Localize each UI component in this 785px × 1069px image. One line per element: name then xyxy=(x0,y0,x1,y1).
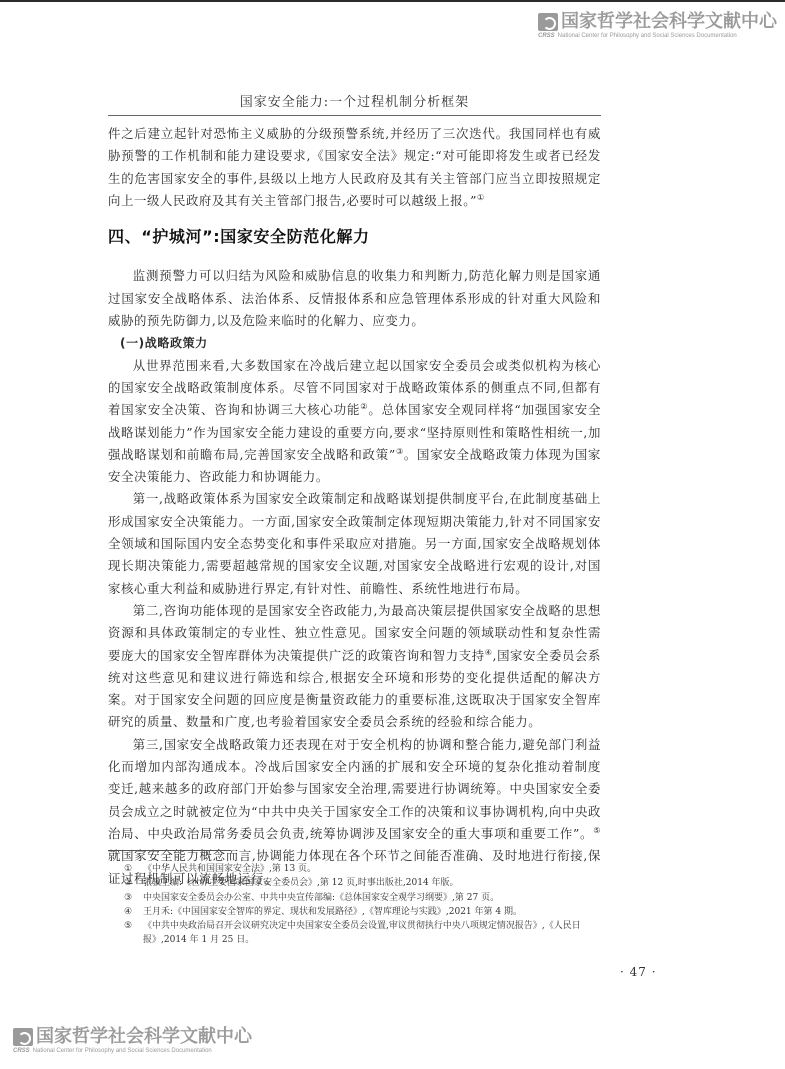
footnote-ref[interactable]: ① xyxy=(477,193,485,202)
footnote-text: 《中共中央政治局召开会议研究决定中央国家安全委员会设置,审议贯彻执行中央八项规定… xyxy=(143,919,624,948)
footnote: ②张骥主编:《世界主要国家国家安全委员会》,第 12 页,时事出版社,2014 … xyxy=(124,876,624,890)
paragraph: 件之后建立起针对恐怖主义威胁的分级预警系统,并经历了三次迭代。我国同样也有威胁预… xyxy=(108,123,601,212)
watermark-logo-bottom: 国家哲学社会科学文献中心 CRSSNational Center for Phi… xyxy=(13,1027,252,1054)
subsection-title: (一)战略政策力 xyxy=(108,332,601,354)
paragraph: 从世界范围来看,大多数国家在冷战后建立起以国家安全委员会或类似机构为核心的国家安… xyxy=(108,355,601,489)
footnote-number: ③ xyxy=(124,891,143,905)
ncpssd-logo-icon xyxy=(538,13,558,31)
paragraph: 第一,战略政策体系为国家安全政策制定和战略谋划提供制度平台,在此制度基础上形成国… xyxy=(108,488,601,599)
paragraph: 第二,咨询功能体现的是国家安全咨政能力,为最高决策层提供国家安全战略的思想资源和… xyxy=(108,600,601,734)
watermark-en-prefix: CRSS xyxy=(538,33,555,39)
footnote-ref[interactable]: ⑤ xyxy=(593,826,601,835)
top-border xyxy=(0,0,785,2)
watermark-en: National Center for Philosophy and Socia… xyxy=(558,33,737,39)
footnote-text: 张骥主编:《世界主要国家国家安全委员会》,第 12 页,时事出版社,2014 年… xyxy=(143,876,624,890)
paragraph: 监测预警力可以归结为风险和威胁信息的收集力和判断力,防范化解力则是国家通过国家安… xyxy=(108,265,601,332)
footnote: ③中央国家安全委员会办公室、中共中央宣传部编:《总体国家安全观学习纲要》,第 2… xyxy=(124,891,624,905)
footnote-ref[interactable]: ③ xyxy=(396,447,404,456)
footnote-text: 中央国家安全委员会办公室、中共中央宣传部编:《总体国家安全观学习纲要》,第 27… xyxy=(143,891,624,905)
paragraph-text: 件之后建立起针对恐怖主义威胁的分级预警系统,并经历了三次迭代。我国同样也有威胁预… xyxy=(108,126,601,208)
running-head: 国家安全能力:一个过程机制分析框架 xyxy=(108,91,601,110)
footnote: ④王月禾:《中国国家安全智库的界定、现状和发展路径》,《智库理论与实践》,202… xyxy=(124,905,624,919)
page-number: · 47 · xyxy=(620,965,657,979)
footnote-text: 《中华人民共和国国家安全法》,第 13 页。 xyxy=(143,862,624,876)
footnote-number: ⑤ xyxy=(124,919,143,948)
ncpssd-logo-icon xyxy=(13,1028,33,1046)
watermark-en-line: CRSSNational Center for Philosophy and S… xyxy=(13,1048,252,1054)
footnote-rule xyxy=(108,850,231,851)
section-title: 四、“护城河”:国家安全防范化解力 xyxy=(108,226,601,248)
footnote: ①《中华人民共和国国家安全法》,第 13 页。 xyxy=(124,862,624,876)
footnotes: ①《中华人民共和国国家安全法》,第 13 页。 ②张骥主编:《世界主要国家国家安… xyxy=(124,862,624,948)
paragraph-text: 第三,国家安全战略政策力还表现在对于安全机构的协调和整合能力,避免部门利益化而增… xyxy=(108,737,601,841)
footnote-number: ② xyxy=(124,876,143,890)
footnote: ⑤《中共中央政治局召开会议研究决定中央国家安全委员会设置,审议贯彻执行中央八项规… xyxy=(124,919,624,948)
watermark-cn: 国家哲学社会科学文献中心 xyxy=(36,1027,252,1047)
footnote-number: ④ xyxy=(124,905,143,919)
footnote-text: 王月禾:《中国国家安全智库的界定、现状和发展路径》,《智库理论与实践》,2021… xyxy=(143,905,624,919)
watermark-cn: 国家哲学社会科学文献中心 xyxy=(561,12,777,32)
header-rule xyxy=(108,115,601,116)
watermark-logo-top: 国家哲学社会科学文献中心 CRSSNational Center for Phi… xyxy=(538,12,777,39)
watermark-en-line: CRSSNational Center for Philosophy and S… xyxy=(538,33,777,39)
footnote-ref[interactable]: ④ xyxy=(485,647,493,656)
article-body: 件之后建立起针对恐怖主义威胁的分级预警系统,并经历了三次迭代。我国同样也有威胁预… xyxy=(108,123,601,890)
watermark-en: National Center for Philosophy and Socia… xyxy=(33,1048,212,1054)
footnote-number: ① xyxy=(124,862,143,876)
watermark-en-prefix: CRSS xyxy=(13,1048,30,1054)
